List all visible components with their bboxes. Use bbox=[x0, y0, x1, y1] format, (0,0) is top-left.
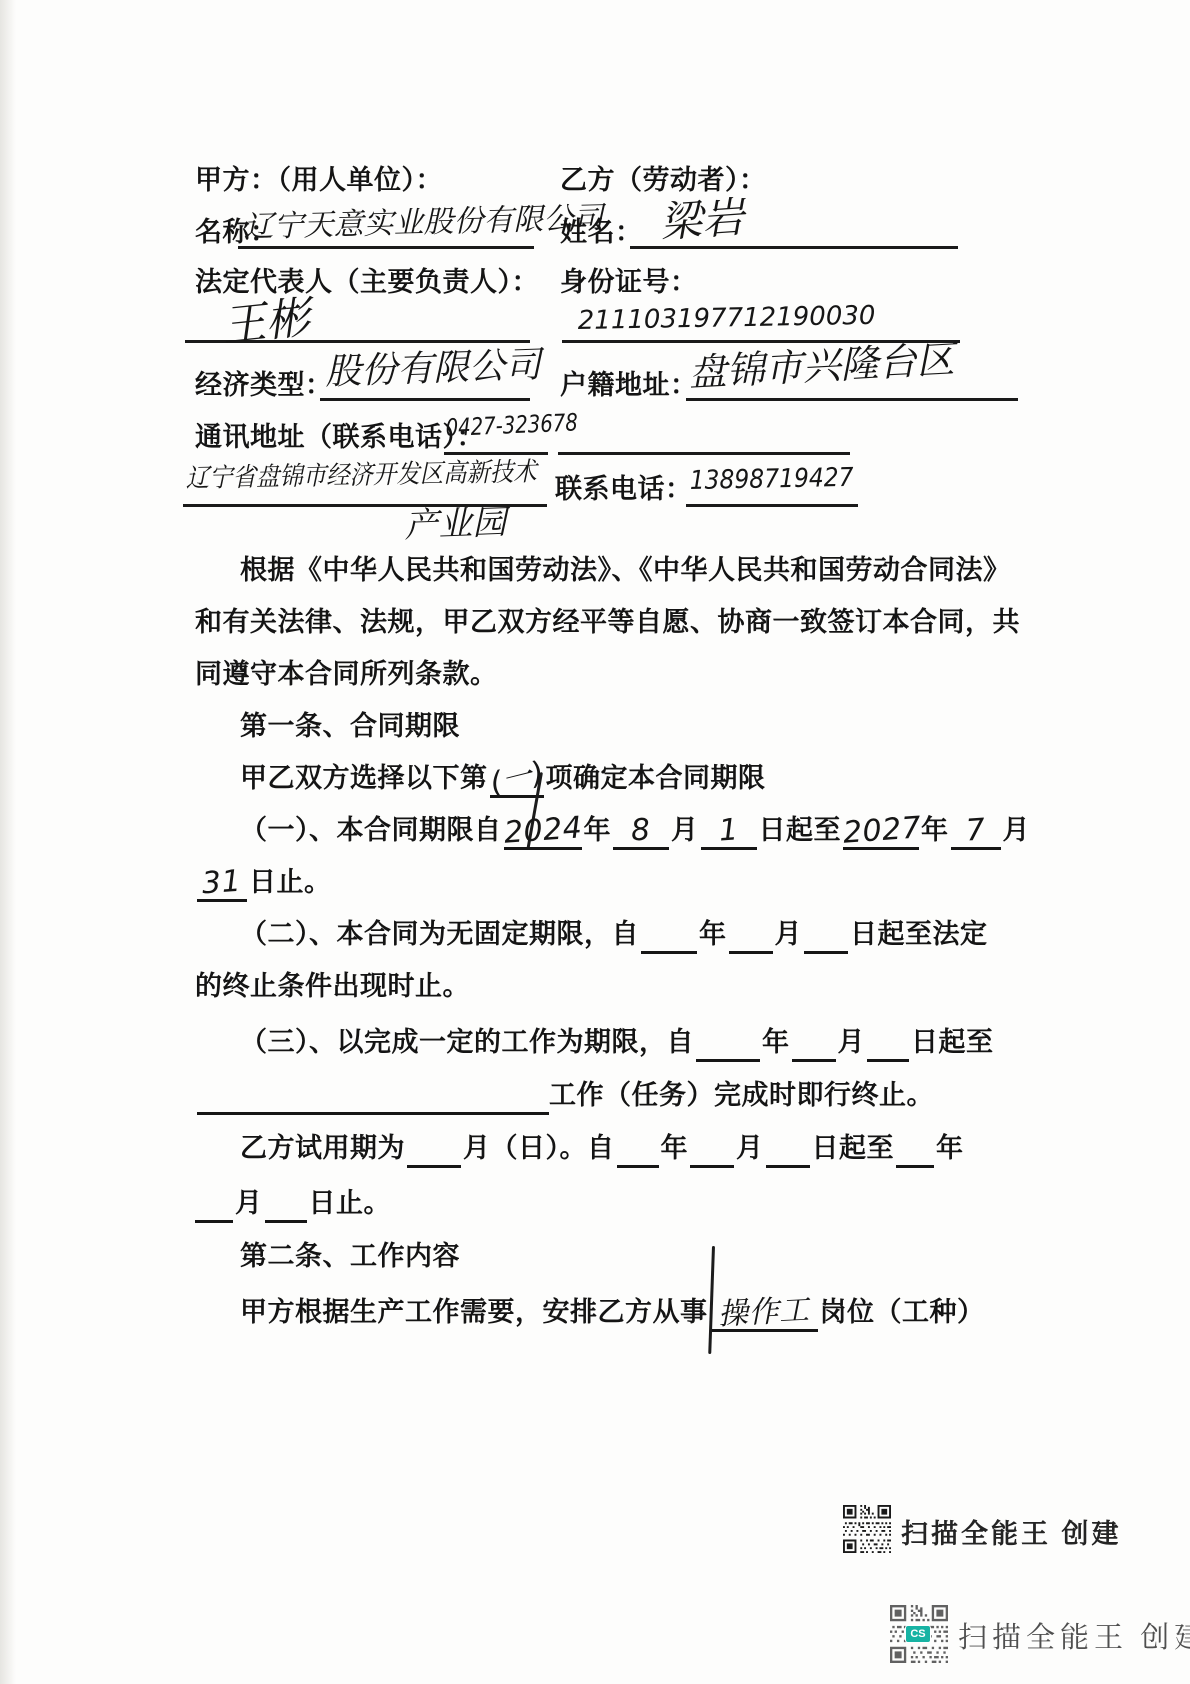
probation-year-blank bbox=[617, 1129, 659, 1168]
item3-cont: 工作（任务）完成时即行终止。 bbox=[549, 1080, 934, 1110]
clause2-line: 甲方根据生产工作需要，安排乙方从事操作工岗位（工种） bbox=[240, 1292, 985, 1332]
start-day-handwriting: 1 bbox=[717, 812, 739, 849]
party-a-label: 甲方：（用人单位）： bbox=[195, 160, 443, 200]
clause1-item3-cont-line: 工作（任务）完成时即行终止。 bbox=[195, 1075, 934, 1115]
cs-badge: CS bbox=[906, 1626, 930, 1642]
probation-month-blank bbox=[690, 1129, 734, 1168]
end-year-handwriting: 2027 bbox=[842, 810, 923, 851]
clause1-item2-line: （二）、本合同为无固定期限，自年月日起至法定 bbox=[240, 914, 988, 954]
preamble-line-2: 和有关法律、法规，甲乙双方经平等自愿、协商一致签订本合同，共 bbox=[195, 602, 1020, 642]
item2-year-blank bbox=[641, 915, 697, 954]
item3-task-blank bbox=[197, 1076, 549, 1115]
start-day-blank: 1 bbox=[701, 811, 757, 850]
contact-addr-blank-line bbox=[558, 412, 850, 455]
job-title-blank: 操作工 bbox=[710, 1293, 818, 1332]
clause1-title: 第一条、合同期限 bbox=[240, 706, 460, 746]
end-year-blank: 2027 bbox=[843, 811, 919, 850]
year-char-6: 年 bbox=[936, 1133, 964, 1163]
camscanner-watermark-text-2: 扫描全能王 创建 bbox=[958, 1615, 1190, 1656]
contact-addr-line1-handwriting: 辽宁省盘锦市经济开发区高新技术 bbox=[185, 451, 537, 495]
item2-day-blank bbox=[804, 915, 848, 954]
clause1-item3-line: （三）、以完成一定的工作为期限，自年月日起至 bbox=[240, 1022, 994, 1062]
economic-type-label: 经济类型： bbox=[195, 365, 333, 405]
phone-handwriting: 13898719427 bbox=[690, 463, 854, 496]
clause1-choose-line: 甲乙双方选择以下第(一)项确定本合同期限 bbox=[240, 758, 766, 798]
item3-month-blank bbox=[792, 1023, 836, 1062]
start-month-handwriting: 8 bbox=[630, 812, 652, 849]
clause2-lead: 甲方根据生产工作需要，安排乙方从事 bbox=[240, 1297, 708, 1327]
month-char-5: 月 bbox=[736, 1133, 764, 1163]
preamble-line-1: 根据《中华人民共和国劳动法》、《中华人民共和国劳动合同法》 bbox=[240, 550, 1011, 590]
probation-year2-blank bbox=[896, 1129, 934, 1168]
legal-rep-handwriting: 王彬 bbox=[218, 281, 312, 354]
start-year-blank: 2024 bbox=[504, 811, 582, 850]
item2-lead: （二）、本合同为无固定期限，自 bbox=[240, 919, 639, 949]
company-name-handwriting: 辽宁天意实业股份有限公司 bbox=[243, 193, 604, 246]
year-char-3: 年 bbox=[699, 919, 727, 949]
year-char-2: 年 bbox=[921, 815, 949, 845]
month-char-6: 月 bbox=[235, 1188, 263, 1218]
probation-month2-blank bbox=[195, 1184, 233, 1223]
id-number-label: 身份证号： bbox=[560, 262, 698, 302]
camscanner-watermark-text-1: 扫描全能王 创建 bbox=[901, 1512, 1122, 1551]
item3-year-blank bbox=[696, 1023, 760, 1062]
qr-code-camscanner-1 bbox=[843, 1504, 891, 1554]
id-number-handwriting: 211103197712190030 bbox=[577, 301, 875, 336]
end-day-blank: 31 bbox=[197, 863, 247, 902]
month-char-3: 月 bbox=[775, 919, 803, 949]
end-day-handwriting: 31 bbox=[201, 864, 243, 903]
choose-prefix: 甲乙双方选择以下第 bbox=[240, 763, 488, 793]
phone-label: 联系电话： bbox=[555, 469, 693, 509]
month-char-2: 月 bbox=[1003, 815, 1031, 845]
probation-cont-end: 日止。 bbox=[309, 1188, 392, 1218]
clause1-item1-line2: 31日止。 bbox=[195, 862, 332, 902]
probation-unit: 月（日）。自 bbox=[463, 1133, 615, 1163]
contact-addr-label: 通讯地址（联系电话）： bbox=[195, 417, 484, 457]
end-month-handwriting: 7 bbox=[964, 812, 986, 849]
economic-type-handwriting: 股份有限公司 bbox=[324, 336, 542, 395]
probation-length-blank bbox=[407, 1129, 461, 1168]
start-month-blank: 8 bbox=[613, 811, 669, 850]
preamble-line-3: 同遵守本合同所列条款。 bbox=[195, 654, 498, 694]
probation-day-blank bbox=[766, 1129, 810, 1168]
household-addr-label: 户籍地址： bbox=[560, 365, 698, 405]
probation-line: 乙方试用期为月（日）。自年月日起至年 bbox=[240, 1128, 964, 1168]
item3-lead: （三）、以完成一定的工作为期限，自 bbox=[240, 1027, 694, 1057]
choose-suffix: 项确定本合同期限 bbox=[546, 763, 766, 793]
item1-end-suffix: 日止。 bbox=[249, 867, 332, 897]
worker-name-handwriting: 梁岩 bbox=[658, 184, 746, 250]
month-char: 月 bbox=[671, 815, 699, 845]
scan-edge-shadow bbox=[0, 0, 16, 1684]
year-char: 年 bbox=[584, 815, 612, 845]
clause1-item2-cont: 的终止条件出现时止。 bbox=[195, 966, 470, 1006]
clause2-title: 第二条、工作内容 bbox=[240, 1236, 460, 1276]
month-char-4: 月 bbox=[838, 1027, 866, 1057]
end-month-blank: 7 bbox=[951, 811, 1001, 850]
clause2-tail: 岗位（工种） bbox=[820, 1297, 985, 1327]
item2-month-blank bbox=[729, 915, 773, 954]
probation-day2-blank bbox=[265, 1184, 307, 1223]
item1-lead: （一）、本合同期限自 bbox=[240, 815, 502, 845]
probation-to: 日起至 bbox=[812, 1133, 895, 1163]
probation-cont-line: 月日止。 bbox=[195, 1183, 391, 1223]
item1-to: 日起至 bbox=[759, 815, 842, 845]
start-year-handwriting: 2024 bbox=[502, 810, 583, 851]
item3-day-blank bbox=[867, 1023, 909, 1062]
contact-addr-line2-handwriting: 产业园 bbox=[403, 494, 507, 547]
item3-tail: 日起至 bbox=[911, 1027, 994, 1057]
year-char-4: 年 bbox=[762, 1027, 790, 1057]
probation-lead: 乙方试用期为 bbox=[240, 1133, 405, 1163]
scanned-labor-contract-page: 甲方：（用人单位）： 乙方（劳动者）： 名称： 辽宁天意实业股份有限公司 姓名：… bbox=[0, 0, 1190, 1684]
year-char-5: 年 bbox=[661, 1133, 689, 1163]
job-title-handwriting: 操作工 bbox=[717, 1293, 810, 1334]
item2-tail: 日起至法定 bbox=[850, 919, 988, 949]
clause1-item1-line: （一）、本合同期限自2024年8月1日起至2027年7月 bbox=[240, 810, 1030, 850]
